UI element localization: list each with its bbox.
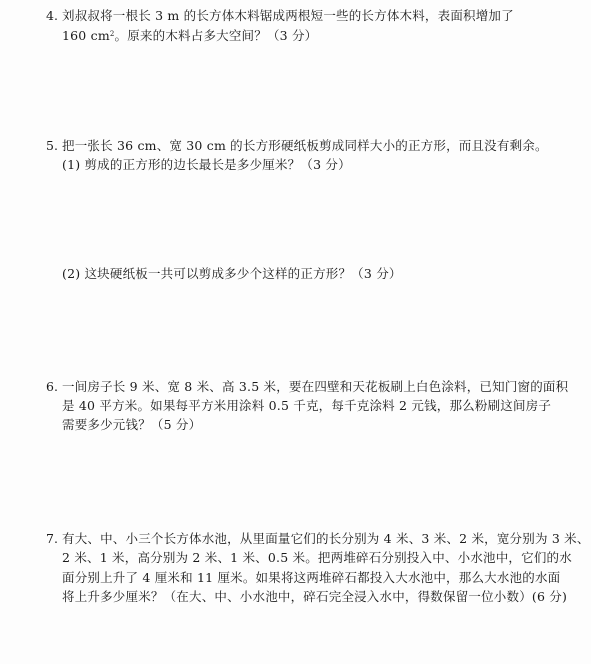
- subquestion-2: (2) 这块硬纸板一共可以剪成多少个这样的正方形？（3 分）: [62, 266, 402, 282]
- problem-number: 4.: [46, 8, 58, 24]
- superscript: 2: [110, 30, 115, 38]
- subquestion-1: (1) 剪成的正方形的边长最长是多少厘米？（3 分）: [62, 157, 351, 173]
- text-fragment: 。原来的木料占多大空间？（3 分）: [115, 28, 318, 43]
- problem-number: 5.: [46, 138, 58, 154]
- problem-text-line: 有大、中、小三个长方体水池，从里面量它们的长分别为 4 米、3 米、2 米，宽分…: [62, 531, 590, 547]
- problem-text-line: 160 cm2。原来的木料占多大空间？（3 分）: [62, 28, 317, 44]
- problem-text-line: 刘叔叔将一根长 3 m 的长方体木料锯成两根短一些的长方体木料，表面积增加了: [62, 8, 514, 24]
- problem-text-line: 把一张长 36 cm、宽 30 cm 的长方形硬纸板剪成同样大小的正方形，而且没…: [62, 138, 548, 154]
- problem-text-line: 将上升多少厘米？（在大、中、小水池中，碎石完全浸入水中，得数保留一位小数）(6 …: [62, 589, 567, 605]
- problem-text-line: 2 米、1 米，高分别为 2 米、1 米、0.5 米。把两堆碎石分别投入中、小水…: [62, 550, 572, 566]
- text-fragment: 160 cm: [62, 28, 110, 43]
- problem-number: 6.: [46, 379, 58, 395]
- problem-number: 7.: [46, 531, 58, 547]
- problem-text-line: 一间房子长 9 米、宽 8 米、高 3.5 米，要在四壁和天花板刷上白色涂料，已…: [62, 379, 568, 395]
- problem-text-line: 是 40 平方米。如果每平方米用涂料 0.5 千克，每千克涂料 2 元钱，那么粉…: [62, 398, 551, 414]
- problem-text-line: 需要多少元钱？（5 分）: [62, 417, 201, 433]
- problem-text-line: 面分别上升了 4 厘米和 11 厘米。如果将这两堆碎石都投入大水池中，那么大水池…: [62, 570, 560, 586]
